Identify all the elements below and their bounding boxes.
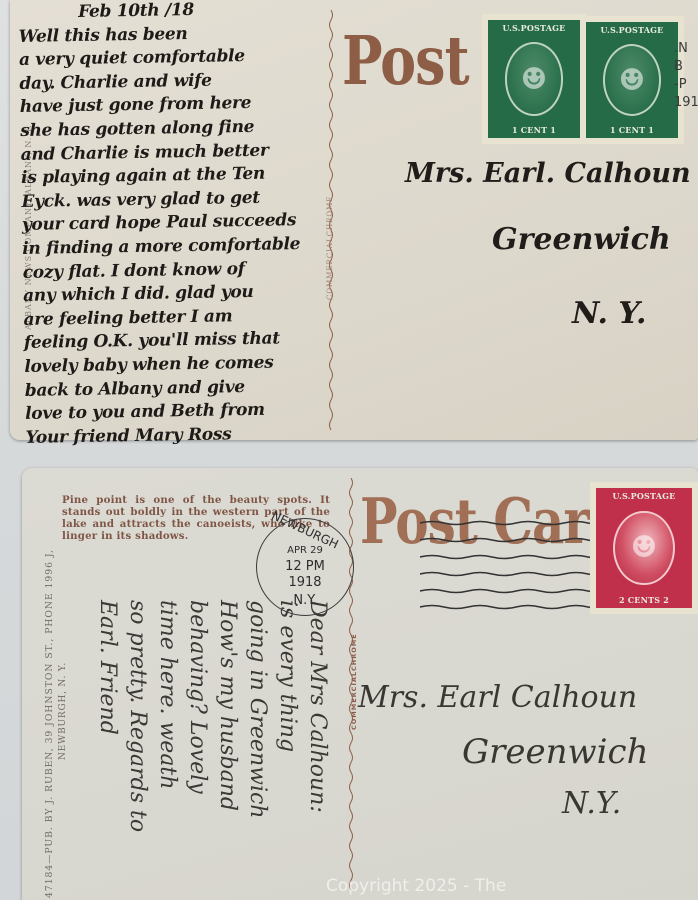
cancel-wavy-line xyxy=(420,604,610,610)
top-card-commercialchrome-print: COMMERCIALCHROME xyxy=(326,196,334,300)
bottom-card-address-city: Greenwich xyxy=(462,732,648,772)
bottom-card-publisher-city: NEWBURGH, N. Y. xyxy=(58,662,68,760)
bottom-card-publisher-line: 47184—PUB. BY J. RUBEN, 39 JOHNSTON ST.,… xyxy=(44,549,55,898)
message-line: in finding a more comfortable xyxy=(22,233,300,261)
cancel-wavy-line xyxy=(420,588,610,594)
message-line: time here. weath xyxy=(152,600,182,832)
stamp-1-cent-left: U.S.POSTAGE ☻ 1 CENT 1 xyxy=(482,14,586,144)
message-line: behaving? Lovely xyxy=(182,600,212,832)
bottom-card-commercialchrome-print: COMMERCIALCHROME xyxy=(350,633,358,730)
postmark-fragment: 191 xyxy=(674,94,698,112)
message-line: Earl. Friend xyxy=(92,600,122,832)
postmark-fragment: -P xyxy=(674,76,698,94)
postmark-time: 12 PM xyxy=(275,559,335,574)
postmark-fragment: B xyxy=(674,58,698,76)
top-card-address-city: Greenwich xyxy=(492,222,671,257)
copyright-watermark: Copyright 2025 - The xyxy=(326,876,506,896)
postmark-fragment: .N xyxy=(674,40,698,58)
postmark-state: N.Y. xyxy=(275,593,335,608)
washington-portrait-icon: ☻ xyxy=(505,42,564,115)
message-line: lovely baby when he comes xyxy=(24,351,302,379)
cancel-wavy-line xyxy=(420,537,610,543)
bottom-card-address-state: N.Y. xyxy=(562,786,621,821)
postmark-date: APR 29 xyxy=(285,545,325,556)
stamp-1-cent-right: U.S.POSTAGE ☻ 1 CENT 1 xyxy=(580,16,684,144)
top-card-handwritten-message: Feb 10th /18 Well this has been a very q… xyxy=(18,0,304,450)
stamp-value-label: 1 CENT 1 xyxy=(512,125,556,135)
top-card-address-state: N. Y. xyxy=(572,296,646,331)
newburgh-postmark: NEWBURGH APR 29 12 PM 1918 N.Y. xyxy=(256,518,354,616)
cancel-wavy-line xyxy=(420,571,610,577)
message-line: Dear Mrs Calhoun: xyxy=(302,600,332,832)
stamp-country-label: U.S.POSTAGE xyxy=(503,23,566,33)
message-line: love to you and Beth from xyxy=(25,398,303,426)
bottom-card-address-name: Mrs. Earl Calhoun xyxy=(358,680,637,715)
message-line: is every thing xyxy=(272,600,302,832)
partial-postmark: .N B -P 191 xyxy=(674,40,698,112)
stamp-value-label: 2 CENTS 2 xyxy=(619,595,669,605)
stamp-country-label: U.S.POSTAGE xyxy=(613,491,676,501)
stamp-value-label: 1 CENT 1 xyxy=(610,125,654,135)
cancel-wavy-line xyxy=(420,520,610,526)
washington-portrait-icon: ☻ xyxy=(603,44,662,116)
stamp-country-label: U.S.POSTAGE xyxy=(601,25,664,35)
message-line: Your friend Mary Ross xyxy=(25,422,303,450)
message-line: so pretty. Regards to xyxy=(122,600,152,832)
washington-portrait-icon: ☻ xyxy=(613,511,674,586)
top-card-address-name: Mrs. Earl. Calhoun xyxy=(405,158,691,189)
message-line: going in Greenwich xyxy=(242,600,272,832)
postmark-year: 1918 xyxy=(275,575,335,590)
stamp-2-cents: U.S.POSTAGE ☻ 2 CENTS 2 xyxy=(590,482,698,614)
message-line: How's my husband xyxy=(212,600,242,832)
cancel-wavy-line xyxy=(420,554,610,560)
bottom-card-handwritten-message: Dear Mrs Calhoun: is every thing going i… xyxy=(92,600,332,832)
